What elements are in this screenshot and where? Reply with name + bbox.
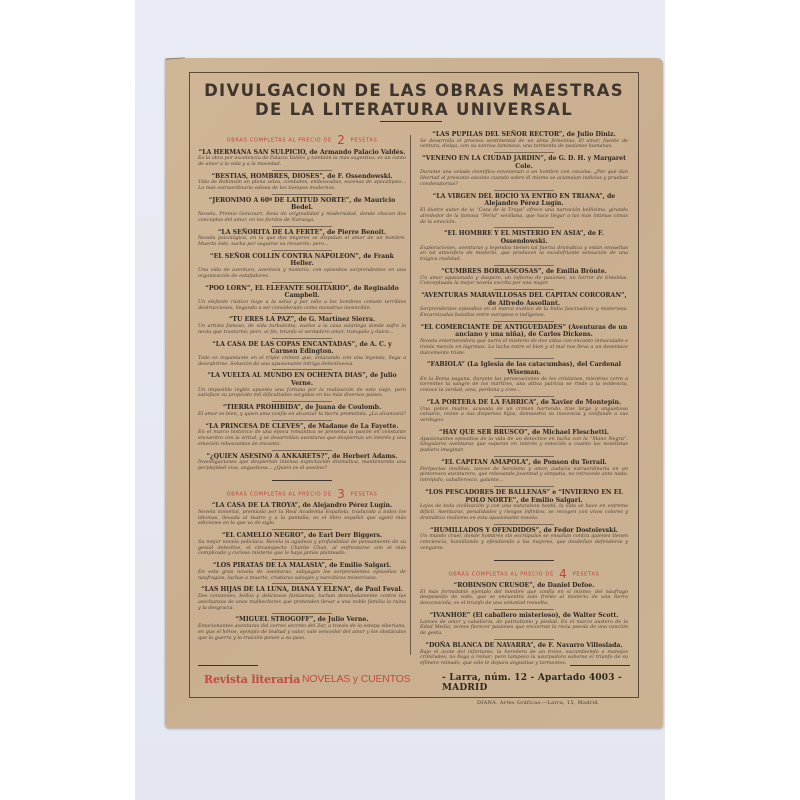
book-entry: “LA VIRGEN DEL ROCIO YA ENTRO EN TRIANA”…	[420, 193, 628, 229]
book-list-right-4: “ROBINSON CRUSOE”, de Daniel Defoe.El má…	[420, 582, 628, 667]
book-entry: “LA HERMANA SAN SULPICIO, de Armando Pal…	[198, 149, 406, 171]
book-title: “LA VIRGEN DEL ROCIO YA ENTRO EN TRIANA”…	[420, 193, 628, 208]
entry-divider	[494, 227, 554, 228]
entry-divider	[272, 282, 332, 283]
book-entry: “EL SEÑOR COLLIN CONTRA NAPOLEON”, de Fr…	[198, 253, 406, 283]
book-entry: “TIERRA PROHIBIDA”, de Juana de Coulomb.…	[198, 404, 406, 420]
price: 4	[559, 567, 567, 581]
price: 2	[337, 133, 345, 147]
entry-divider	[272, 338, 332, 339]
book-list-left-2: “LA HERMANA SAN SULPICIO, de Armando Pal…	[198, 149, 406, 472]
book-description: Apasionantes episodios de la vida de un …	[420, 437, 628, 454]
entry-divider	[494, 524, 554, 525]
entry-divider	[272, 170, 332, 171]
paper-crease	[165, 57, 185, 65]
book-description: Novela, Premio Goncourt, llena de origin…	[198, 212, 406, 224]
book-description: Durante una velada científica envenenan …	[420, 170, 628, 187]
entry-divider	[494, 152, 554, 153]
book-description: Su mejor novela policíaca. Revela la agu…	[198, 540, 406, 557]
book-description: El más formidable ejemplo del hombre que…	[420, 590, 628, 607]
printer-imprint: DIANA. Artes Gráficas.—Larra, 15, Madrid…	[477, 700, 600, 706]
publisher-address: - Larra, núm. 12 - Apartado 4003 - MADRI…	[442, 673, 638, 693]
book-entry: “LA CASA DE LA TROYA”, de Alejandro Pére…	[198, 502, 406, 530]
book-list-right-2: “LAS PUPILAS DEL SEÑOR RECTOR”, de Julio…	[420, 131, 628, 552]
entry-divider	[494, 456, 554, 457]
entry-divider	[272, 559, 332, 560]
entry-divider	[272, 369, 332, 370]
book-description: Todo es inquietante en el triple crimen …	[198, 356, 406, 368]
entry-divider	[494, 321, 554, 322]
book-entry: “LOS PIRATAS DE LA MALASIA”, de Emilio S…	[198, 562, 406, 584]
book-description: Novela psicológica, en la que dos mujere…	[198, 236, 406, 248]
book-description: Vida de Robinsón en plena selva, combate…	[198, 180, 406, 192]
book-title: “EL HOMBRE Y EL MISTERIO EN ASIA”, de F.…	[420, 230, 628, 245]
book-title: “EL SEÑOR COLLIN CONTRA NAPOLEON”, de Fr…	[198, 253, 406, 268]
revista-literaria-logo: Revista literaria	[204, 673, 300, 686]
book-entry: “ROBINSON CRUSOE”, de Daniel Defoe.El má…	[420, 582, 628, 610]
book-description: En la Roma pagana, durante las persecuci…	[420, 377, 628, 394]
book-description: Es la obra por excelencia de Palacio Val…	[198, 156, 406, 168]
entry-divider	[272, 313, 332, 314]
entry-divider	[494, 486, 554, 487]
content-frame: DIVULGACION DE LAS OBRAS MAESTRAS DE LA …	[189, 72, 639, 698]
entry-divider	[272, 194, 332, 195]
book-entry: “JERONIMO A 60º DE LATITUD NORTE”, de Ma…	[198, 197, 406, 227]
book-entry: “AVENTURAS MARAVILLOSAS DEL CAPITAN CORC…	[420, 292, 628, 322]
left-column: OBRAS COMPLETAS AL PRECIO DE 2 PESETAS “…	[198, 131, 406, 642]
book-description: Novela enternecedora que narra el mister…	[420, 339, 628, 356]
book-entry: “¿QUIEN ASESINO A ANKARETS?”, de Herbert…	[198, 453, 406, 472]
book-description: El ilustre autor de la “Casa de la Troya…	[420, 208, 628, 225]
book-title: “LA CASA DE LAS COPAS ENCANTADAS”, de A.…	[198, 341, 406, 356]
book-entry: “VENENO EN LA CIUDAD JARDIN”, de G. D. H…	[420, 155, 628, 191]
book-description: Una vida de aventura, aventura y misteri…	[198, 268, 406, 280]
entry-divider	[272, 401, 332, 402]
book-description: El amor es bien, y quien ama confía en a…	[198, 412, 406, 418]
book-entry: “LA PORTERA DE LA FABRICA”, de Xavier de…	[420, 399, 628, 427]
entry-divider	[272, 226, 332, 227]
entry-divider	[494, 358, 554, 359]
book-title: “EL COMERCIANTE DE ANTIGUEDADES” (Aventu…	[420, 324, 628, 339]
footer-divider-right	[570, 665, 630, 666]
book-entry: “LA CASA DE LAS COPAS ENCANTADAS”, de A.…	[198, 341, 406, 371]
book-entry: “EL CAMELLO NEGRO”, de Earl Derr Biggers…	[198, 532, 406, 560]
entry-divider	[272, 613, 332, 614]
book-description: En el marco histórico de una época román…	[198, 430, 406, 447]
book-list-left-3: “LA CASA DE LA TROYA”, de Alejandro Pére…	[198, 502, 406, 641]
book-entry: “LA SEÑORITA DE LA FERTE”, de Pierre Ben…	[198, 229, 406, 251]
entry-divider	[272, 529, 332, 530]
book-description: Lances de amor y caballería, de patrioti…	[420, 620, 628, 637]
section-header-2-pesetas: OBRAS COMPLETAS AL PRECIO DE 2 PESETAS	[198, 133, 406, 148]
section-header-4-pesetas: OBRAS COMPLETAS AL PRECIO DE 4 PESETAS	[420, 567, 628, 582]
book-description: Peripecias insólitas, lances de heroísmo…	[420, 467, 628, 484]
book-description: Un impasible inglés apuesta una fortuna …	[198, 388, 406, 400]
book-entry: “LAS PUPILAS DEL SEÑOR RECTOR”, de Julio…	[420, 131, 628, 153]
book-entry: “EL CAPITAN AMAPOLA”, de Ponson du Terra…	[420, 459, 628, 487]
footer-divider-left	[198, 665, 258, 666]
entry-divider	[494, 289, 554, 290]
book-description: Un elefante rústico huye a la selva y po…	[198, 300, 406, 312]
book-entry: “HUMILLADOS Y OFENDIDOS”, de Fedor Dosto…	[420, 527, 628, 552]
section-divider	[272, 480, 332, 481]
book-entry: “TU ERES LA PAZ”, de G. Martínez Sierra.…	[198, 316, 406, 338]
book-entry: “MIGUEL STROGOFF”, de Julio Verne.Emocio…	[198, 616, 406, 641]
book-entry: “LA VUELTA AL MUNDO EN OCHENTA DIAS”, de…	[198, 372, 406, 402]
entry-divider	[272, 583, 332, 584]
price: 3	[337, 487, 345, 501]
book-entry: “POO LORN”, EL ELEFANTE SOLITARIO”, de R…	[198, 285, 406, 315]
section-divider	[494, 560, 554, 561]
book-entry: “HAY QUE SER BRUSCO”, de Michael Flesche…	[420, 429, 628, 457]
book-description: Un mundo cruel, donde hombres sin escrúp…	[420, 534, 628, 551]
title-divider	[380, 121, 442, 122]
entry-divider	[272, 450, 332, 451]
book-entry: “CUMBRES BORRASCOSAS”, de Emilia Brönte.…	[420, 268, 628, 290]
column-divider	[410, 135, 411, 655]
book-description: Sorprendentes episodios en el marco exót…	[420, 307, 628, 319]
book-title: “LA VUELTA AL MUNDO EN OCHENTA DIAS”, de…	[198, 372, 406, 387]
book-title: “JERONIMO A 60º DE LATITUD NORTE”, de Ma…	[198, 197, 406, 212]
book-description: Se desarrolla el proceso sentimental de …	[420, 139, 628, 151]
section-header-3-pesetas: OBRAS COMPLETAS AL PRECIO DE 3 PESETAS	[198, 487, 406, 502]
entry-divider	[272, 420, 332, 421]
book-entry: “DOÑA BLANCA DE NAVARRA”, de F. Navarro …	[420, 642, 628, 667]
entry-divider	[494, 396, 554, 397]
book-entry: “FABIOLA” (La Iglesia de las catacumbas)…	[420, 361, 628, 397]
book-description: En esta gran novela de aventuras, subyug…	[198, 570, 406, 582]
entry-divider	[494, 265, 554, 266]
book-entry: “BESTIAS, HOMBRES, DIOSES”, de F. Ossend…	[198, 173, 406, 195]
entry-divider	[494, 426, 554, 427]
entry-divider	[272, 250, 332, 251]
book-title: “LOS PESCADORES DE BALLENAS” e “INVIERNO…	[420, 489, 628, 504]
book-description: Novela inmortal, premiada por la Real Ac…	[198, 510, 406, 527]
book-description: Una pobre madre, acusada de un crimen ho…	[420, 407, 628, 424]
book-title: “FABIOLA” (La Iglesia de las catacumbas)…	[420, 361, 628, 376]
title-line-1: DIVULGACION DE LAS OBRAS MAESTRAS	[190, 81, 638, 100]
book-entry: “IVANHOE” (El caballero misterioso), de …	[420, 612, 628, 640]
entry-divider	[494, 190, 554, 191]
page-title: DIVULGACION DE LAS OBRAS MAESTRAS DE LA …	[190, 81, 638, 119]
book-entry: “EL COMERCIANTE DE ANTIGUEDADES” (Aventu…	[420, 324, 628, 360]
book-entry: “EL HOMBRE Y EL MISTERIO EN ASIA”, de F.…	[420, 230, 628, 266]
entry-divider	[494, 639, 554, 640]
right-column: “LAS PUPILAS DEL SEÑOR RECTOR”, de Julio…	[420, 131, 628, 668]
book-description: Un artista famoso, de vida turbulenta, v…	[198, 324, 406, 336]
title-line-2: DE LA LITERATURA UNIVERSAL	[190, 100, 638, 119]
novelas-y-cuentos-logo: NOVELAS y CUENTOS	[302, 673, 410, 685]
entry-divider	[494, 609, 554, 610]
magazine-back-cover: DIVULGACION DE LAS OBRAS MAESTRAS DE LA …	[165, 58, 663, 728]
book-title: “POO LORN”, EL ELEFANTE SOLITARIO”, de R…	[198, 285, 406, 300]
book-description: Exploraciones, aventuras y leyendas tien…	[420, 246, 628, 263]
book-description: Emocionantes aventuras del correo secret…	[198, 624, 406, 641]
book-description: Dos corazones, bellos y deliciosos fanta…	[198, 594, 406, 611]
book-description: Investigaciones que despiertan intensa e…	[198, 460, 406, 472]
book-description: Lejos de toda civilización y con una nat…	[420, 504, 628, 521]
book-description: Un amor apasionado y daspero, un infiern…	[420, 276, 628, 288]
book-entry: “LAS HIJAS DE LA LUNA, DIANA Y ELENA”, d…	[198, 586, 406, 614]
book-entry: “LA PRINCESA DE CLEVES”, de Madame de La…	[198, 423, 406, 451]
book-entry: “LOS PESCADORES DE BALLENAS” e “INVIERNO…	[420, 489, 628, 525]
